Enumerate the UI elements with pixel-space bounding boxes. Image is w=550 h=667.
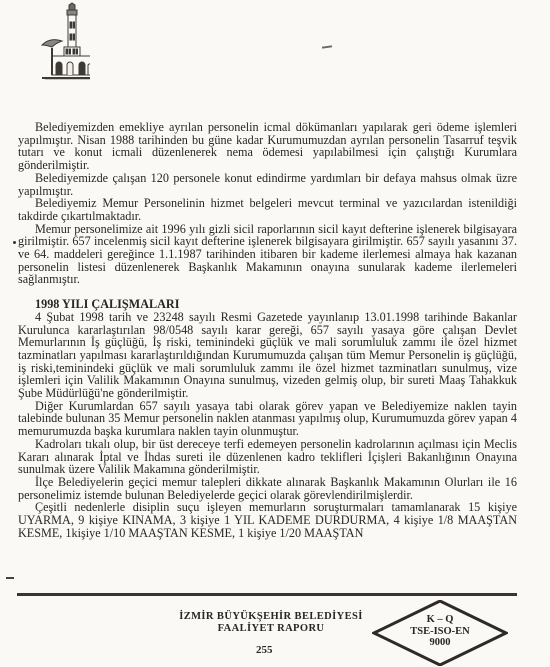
paragraph-confidential-records: Memur personelimize ait 1996 yılı gizli …	[18, 223, 517, 287]
scan-artifact	[322, 45, 332, 48]
badge-line-number: 9000	[372, 637, 508, 649]
report-body: Belediyemizden emekliye ayrılan personel…	[18, 121, 517, 540]
certification-badge: K – Q TSE-ISO-EN 9000	[372, 614, 508, 649]
paragraph-temporary-assignments: İlçe Belediyelerin geçici memur talepler…	[18, 476, 517, 501]
footer-organization: İZMİR BÜYÜKŞEHİR BELEDİYESİ FAALİYET RAP…	[166, 611, 376, 635]
footer-divider	[17, 593, 517, 596]
paragraph-service-documents: Belediyemiz Memur Personelinin hizmet be…	[18, 197, 517, 222]
badge-line-standard: TSE-ISO-EN	[372, 626, 508, 638]
footer-org-name: İZMİR BÜYÜKŞEHİR BELEDİYESİ	[166, 611, 376, 623]
paragraph-staff-transfers: Diğer Kurumlardan 657 sayılı yasaya tabi…	[18, 400, 517, 438]
section-heading: 1998 YILI ÇALIŞMALARI	[35, 298, 517, 311]
badge-line-kq: K – Q	[372, 614, 508, 626]
scan-artifact	[6, 577, 14, 579]
footer-report-name: FAALİYET RAPORU	[166, 623, 376, 635]
page-number: 255	[256, 644, 273, 656]
paragraph-retirement-refunds: Belediyemizden emekliye ayrılan personel…	[18, 121, 517, 172]
paragraph-compensation-decree: 4 Şubat 1998 tarih ve 23248 sayılı Resmi…	[18, 311, 517, 400]
paragraph-position-openings: Kadroları tıkalı olup, bir üst dereceye …	[18, 438, 517, 476]
paragraph-housing-assistance: Belediyemizde çalışan 120 personele konu…	[18, 172, 517, 197]
scan-artifact	[13, 241, 16, 244]
paragraph-disciplinary-actions: Çeşitli nedenlerle disiplin suçu işleyen…	[18, 501, 517, 539]
clock-tower-logo-icon	[20, 2, 90, 80]
